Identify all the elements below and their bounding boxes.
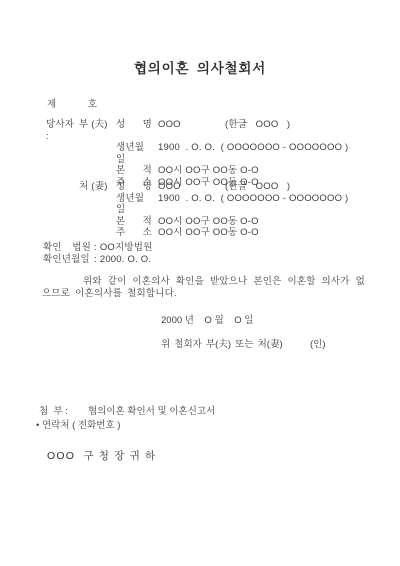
court-colon: :	[94, 242, 97, 253]
husband-role-label: 부 (夫)	[79, 119, 116, 142]
parties-label: 당사자 :	[46, 119, 79, 142]
husband-name-hangul: (한글 OOO )	[225, 119, 290, 130]
party-block-wife: 처 (妻) 성 명 OOO(한글 OOO ) 생년월일 1900 . O. O.…	[46, 181, 384, 239]
court-label: 확인 법원	[43, 242, 91, 254]
husband-name-label: 성 명	[116, 119, 158, 142]
attachment-line: 첨 부 :협의이혼 확인서 및 이혼신고서	[39, 403, 215, 417]
confirmation-date-colon: :	[94, 254, 97, 265]
wife-registry-value: OO시 OO구 OO동 O-O	[158, 216, 384, 228]
wife-birth-label: 생년월일	[116, 193, 158, 216]
confirmation-date-value: 2000. O. O.	[100, 254, 151, 265]
confirmation-date-line: 확인년월일:2000. O. O.	[43, 254, 153, 266]
document-page: 협의이혼 의사철회서 제 호 당사자 : 부 (夫) 성 명 OOO(한글 OO…	[0, 0, 400, 566]
wife-name-label: 성 명	[116, 181, 158, 193]
wife-name-hangul: (한글 OOO )	[225, 181, 290, 192]
document-title: 협의이혼 의사철회서	[0, 57, 400, 77]
attachment-value: 협의이혼 확인서 및 이혼신고서	[88, 406, 215, 417]
wife-name-value: OOO(한글 OOO )	[158, 181, 384, 193]
seal-placeholder: (인)	[310, 336, 326, 350]
wife-address-label: 주 소	[116, 227, 158, 239]
document-number-line: 제 호	[47, 96, 97, 110]
wife-registry-label: 본 적	[116, 216, 158, 228]
confirmation-date-label: 확인년월일	[43, 254, 91, 266]
husband-name: OOO	[158, 119, 225, 131]
husband-name-value: OOO(한글 OOO )	[158, 119, 384, 142]
signer-label: 위 철회자 부(夫) 또는 처(妻)	[161, 339, 283, 350]
confirmation-court-line: 확인 법원:OO지방법원	[43, 242, 153, 254]
signature-date-line: 2000 년 O 월 O 일	[161, 312, 253, 326]
recipient-line: OOO 구 청 장 귀 하	[47, 448, 157, 463]
husband-birth-label: 생년월일	[116, 142, 158, 165]
court-value: OO지방법원	[100, 242, 153, 253]
confirmation-block: 확인 법원:OO지방법원 확인년월일:2000. O. O.	[43, 242, 153, 265]
withdrawal-statement: 위와 같이 이혼의사 확인을 받았으나 본인은 이혼할 의사가 없으므로 이혼의…	[42, 276, 365, 299]
wife-role-label: 처 (妻)	[79, 181, 116, 193]
husband-registry-label: 본 적	[116, 165, 158, 177]
attachment-label: 첨 부 :	[39, 403, 88, 417]
party-block-husband: 당사자 : 부 (夫) 성 명 OOO(한글 OOO ) 생년월일 1900 .…	[46, 119, 384, 189]
wife-name: OOO	[158, 181, 225, 193]
wife-spacer	[46, 181, 79, 193]
contact-line: • 연락처 ( 전화번호 )	[36, 417, 120, 431]
signer-line: 위 철회자 부(夫) 또는 처(妻) (인)	[161, 336, 361, 350]
wife-birth-value: 1900 . O. O. ( OOOOOOO - OOOOOOO )	[158, 193, 384, 216]
husband-birth-value: 1900 . O. O. ( OOOOOOO - OOOOOOO )	[158, 142, 384, 165]
wife-address-value: OO시 OO구 OO동 O-O	[158, 227, 384, 239]
husband-registry-value: OO시 OO구 OO동 O-O	[158, 165, 384, 177]
